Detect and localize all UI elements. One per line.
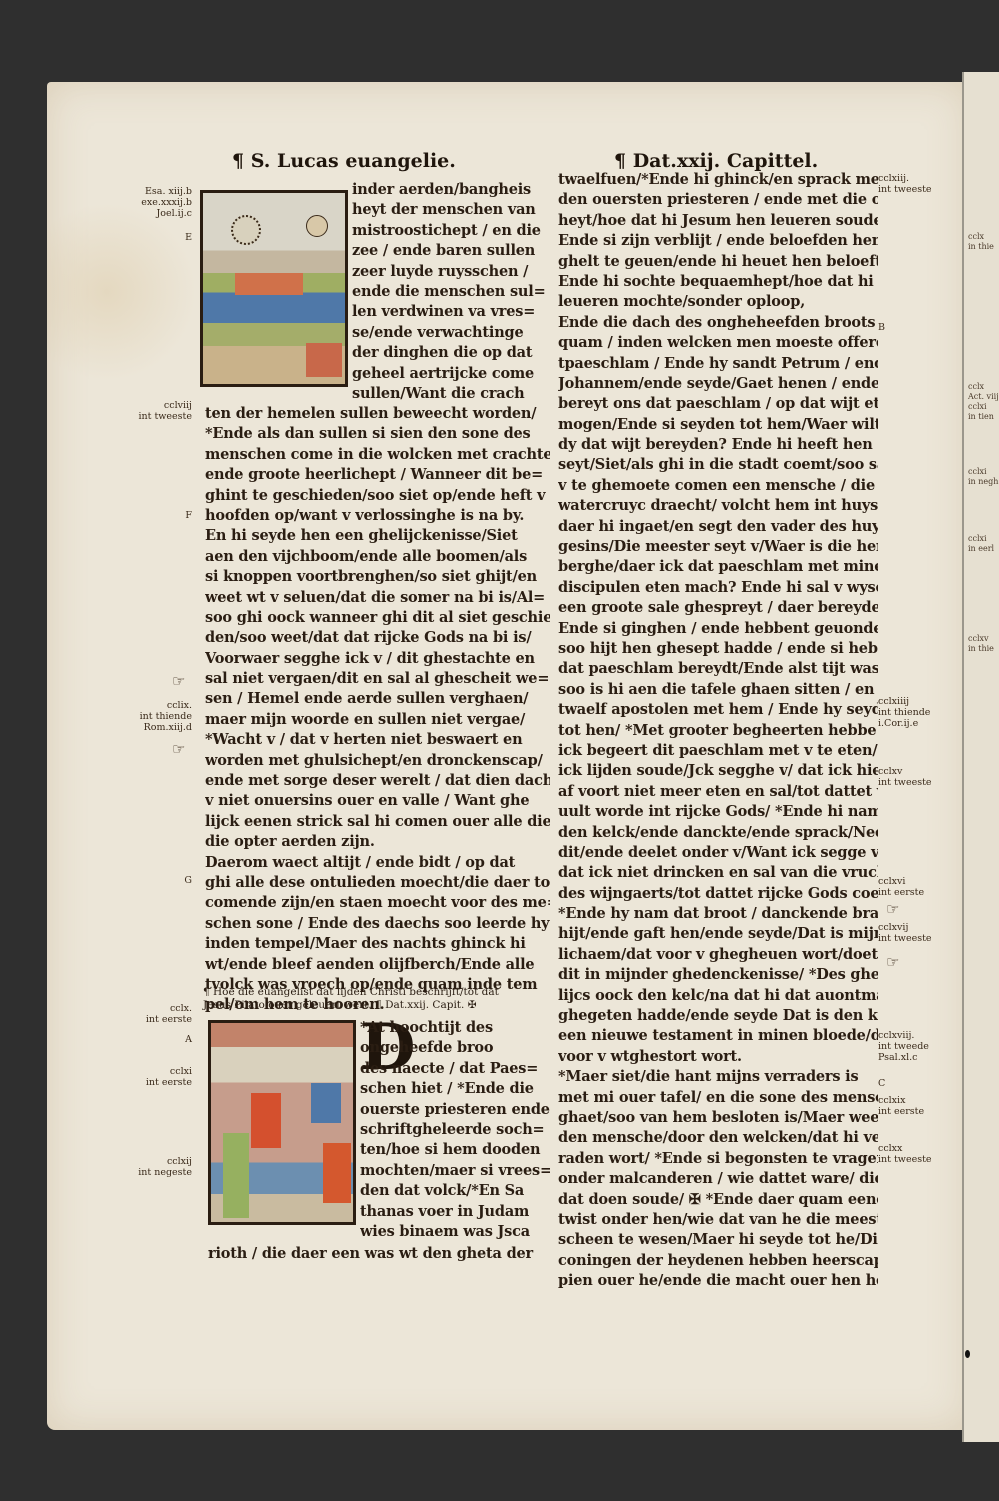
woodcut-illustration-high-priests	[208, 1020, 356, 1225]
facing-gloss: cclx Act. viij cclxi in tien	[968, 382, 999, 422]
margin-note: cclix. int thiende Rom.xiij.d	[140, 700, 192, 733]
text-line: weet wt v seluen/dat die somer na bi is/…	[205, 588, 550, 608]
margin-note: cclviij int tweeste	[138, 400, 192, 422]
text-line: Voorwaer segghe ick v / dit ghestachte e…	[205, 649, 550, 669]
text-line: *Wacht v / dat v herten niet beswaert en	[205, 730, 550, 750]
text-line: die opter aerden zijn.	[205, 832, 550, 852]
text-line: ick begeert dit paeschlam met v te eten/…	[558, 741, 878, 761]
text-line: ghelt te geuen/ende hi heuet hen beloeft…	[558, 252, 878, 272]
text-line: zee / ende baren sullen	[352, 241, 547, 261]
text-line: twist onder hen/wie dat van he die meest…	[558, 1210, 878, 1230]
text-line: ende groote heerlichept / Wanneer dit be…	[205, 465, 550, 485]
text-line: ouerste priesteren ende	[360, 1100, 550, 1120]
text-line: En hi seyde hen een ghelijckenisse/Siet	[205, 526, 550, 546]
margin-note: cclxviij. int tweede Psal.xl.c	[878, 1030, 929, 1063]
text-line: een nieuwe testament in minen bloede/dat	[558, 1026, 878, 1046]
text-line: geheel aertrijcke come	[352, 364, 547, 384]
text-line: schen hiet / *Ende die	[360, 1079, 550, 1099]
text-line: schriftgheleerde soch=	[360, 1120, 550, 1140]
text-line: twaelf apostolen met hem / Ende hy seyde	[558, 700, 878, 720]
text-line: lijcs oock den kelc/na dat hi dat auontm…	[558, 986, 878, 1006]
margin-note: cclxix int eerste	[878, 1095, 924, 1117]
text-line: Ende die dach des ongheheefden broots	[558, 313, 878, 333]
text-line: bereyt ons dat paeschlam / op dat wijt e…	[558, 394, 878, 414]
text-line: mistroostichept / en die	[352, 221, 547, 241]
moon-icon	[306, 215, 328, 237]
running-head-right: ¶ Dat.xxij. Capittel.	[614, 150, 818, 172]
manicule-icon: ☞	[886, 900, 899, 918]
text-line: v niet onuersins ouer en valle / Want gh…	[205, 791, 550, 811]
text-line: discipulen eten mach? Ende hi sal v wyse…	[558, 578, 878, 598]
chapter-note-line: ¶ Hoe die euangelist dat lijden Christi …	[203, 986, 499, 999]
text-line: ende die menschen sul=	[352, 282, 547, 302]
text-line: heyt/hoe dat hi Jesum hen leueren soude/	[558, 211, 878, 231]
margin-note: C	[878, 1078, 885, 1089]
text-line: twaelfuen/*Ende hi ghinck/en sprack met	[558, 170, 878, 190]
text-line: ongeheefde broo	[360, 1038, 550, 1058]
margin-note: B	[878, 322, 885, 333]
margin-note: cclxij int negeste	[138, 1156, 192, 1178]
figure-green	[223, 1133, 249, 1218]
text-line: ten der hemelen sullen beweecht worden/	[205, 404, 550, 424]
text-line: des wijngaerts/tot dattet rijcke Gods co…	[558, 884, 878, 904]
left-column-text: ten der hemelen sullen beweecht worden/*…	[205, 404, 550, 1016]
margin-note: cclxv int tweeste	[878, 766, 932, 788]
text-line: rioth / die daer een was wt den gheta de…	[208, 1244, 553, 1264]
text-line: tpaeschlam / Ende hy sandt Petrum / ende	[558, 354, 878, 374]
facing-gloss: cclxi in negh	[968, 467, 998, 487]
text-line: af voort niet meer eten en sal/tot datte…	[558, 782, 878, 802]
chapter-note-line: Jesus Pilato ouer geleuert wert. ¶ Dat.x…	[203, 999, 499, 1012]
text-line: onder malcanderen / wie dattet ware/ die	[558, 1169, 878, 1189]
text-line: *Ende als dan sullen si sien den sone de…	[205, 424, 550, 444]
text-line: ick lijden soude/Jck segghe v/ dat ick h…	[558, 761, 878, 781]
text-line: den dat volck/*En Sa	[360, 1181, 550, 1201]
text-line: mogen/Ende si seyden tot hem/Waer wilt	[558, 415, 878, 435]
text-line: hoofden op/want v verlossinghe is na by.	[205, 506, 550, 526]
margin-note: E	[185, 232, 192, 243]
text-line: inder aerden/bangheis	[352, 180, 547, 200]
text-line: aen den vijchboom/ende alle boomen/als	[205, 547, 550, 567]
text-line: comende zijn/en staen moecht voor des me…	[205, 893, 550, 913]
text-line: soo ghi oock wanneer ghi dit al siet ges…	[205, 608, 550, 628]
text-line: dat ick niet drincken en sal van die vru…	[558, 863, 878, 883]
text-line: ende met sorge deser werelt / dat dien d…	[205, 771, 550, 791]
text-line: scheen te wesen/Maer hi seyde tot he/Die	[558, 1230, 878, 1250]
text-line: sen / Hemel ende aerde sullen verghaen/	[205, 689, 550, 709]
text-line: quam / inden welcken men moeste offeren	[558, 333, 878, 353]
text-line: sal niet vergaen/dit en sal al ghescheit…	[205, 669, 550, 689]
text-line: des naecte / dat Paes=	[360, 1059, 550, 1079]
text-line: hijt/ende gaft hen/ende seyde/Dat is mij…	[558, 924, 878, 944]
facing-gloss: cclxi in eerl	[968, 534, 994, 554]
figure-blue	[311, 1083, 341, 1123]
text-line: een groote sale ghespreyt / daer bereyde…	[558, 598, 878, 618]
town-figure	[306, 343, 342, 377]
text-line: berghe/daer ick dat paeschlam met minen	[558, 557, 878, 577]
text-line: coningen der heydenen hebben heerscap=	[558, 1251, 878, 1271]
margin-note: G	[184, 875, 192, 886]
text-line: wt/ende bleef aenden olijfberch/Ende all…	[205, 955, 550, 975]
text-line: *At hoochtijt des	[360, 1018, 550, 1038]
text-line: tot hen/ *Met grooter begheerten hebbe	[558, 721, 878, 741]
margin-note: cclxx int tweeste	[878, 1143, 932, 1165]
text-line: dy dat wijt bereyden? Ende hi heeft hen …	[558, 435, 878, 455]
left-column-text-beside-woodcut: inder aerden/bangheisheyt der menschen v…	[352, 180, 547, 404]
text-line: voor v wtghestort wort.	[558, 1047, 878, 1067]
margin-note: cclxi int eerste	[146, 1066, 192, 1088]
margin-note: A	[185, 1034, 192, 1045]
margin-note: cclxvij int tweeste	[878, 922, 932, 944]
text-line: gesins/Die meester seyt v/Waer is die he…	[558, 537, 878, 557]
text-line: dit/ende deelet onder v/Want ick segge v…	[558, 843, 878, 863]
margin-note: Esa. xiij.b exe.xxxij.b Joel.ij.c	[141, 186, 192, 219]
text-line: se/ende verwachtinge	[352, 323, 547, 343]
text-line: lichaem/dat voor v ghegheuen wort/doet	[558, 945, 878, 965]
chapter-summary-note: ¶ Hoe die euangelist dat lijden Christi …	[203, 986, 499, 1012]
text-line: ghi alle dese ontulieden moecht/die daer…	[205, 873, 550, 893]
text-line: den/soo weet/dat dat rijcke Gods na bi i…	[205, 628, 550, 648]
manicule-icon: ☞	[172, 672, 185, 690]
text-line: wies binaem was Jsca	[360, 1222, 550, 1242]
text-line: maer mijn woorde en sullen niet vergae/	[205, 710, 550, 730]
text-line: watercruyc draecht/ volcht hem int huys	[558, 496, 878, 516]
ink-spot	[965, 1350, 970, 1358]
margin-note: cclxiij. int tweeste	[878, 173, 932, 195]
text-line: dit in mijnder ghedenckenisse/ *Des ghe=	[558, 965, 878, 985]
text-line: lijck eenen strick sal hi comen ouer all…	[205, 812, 550, 832]
figure-red	[323, 1143, 351, 1203]
text-line: Daerom waect altijt / ende bidt / op dat	[205, 853, 550, 873]
text-line: dat paeschlam bereydt/Ende alst tijt was…	[558, 659, 878, 679]
text-line: seyt/Siet/als ghi in die stadt coemt/soo…	[558, 455, 878, 475]
text-line: schen sone / Ende des daechs soo leerde …	[205, 914, 550, 934]
town-figure	[235, 273, 303, 295]
figure-red	[251, 1093, 281, 1148]
text-line: sullen/Want die crach	[352, 384, 547, 404]
margin-note: F	[185, 510, 192, 521]
running-head-left: ¶ S. Lucas euangelie.	[232, 150, 456, 172]
text-line: der dinghen die op dat	[352, 343, 547, 363]
text-line: mochten/maer si vrees=	[360, 1161, 550, 1181]
text-line: ghaet/soo van hem besloten is/Maer wee	[558, 1108, 878, 1128]
text-line: Ende si zijn verblijt / ende beloefden h…	[558, 231, 878, 251]
text-line: *Maer siet/die hant mijns verraders is	[558, 1067, 878, 1087]
right-column-text: twaelfuen/*Ende hi ghinck/en sprack metd…	[558, 170, 878, 1291]
text-line: uult worde int rijcke Gods/ *Ende hi nam	[558, 802, 878, 822]
text-line: len verdwinen va vres=	[352, 302, 547, 322]
text-line: heyt der menschen van	[352, 200, 547, 220]
sun-icon	[231, 215, 261, 245]
facing-gloss: cclx in thie	[968, 232, 994, 252]
text-line: inden tempel/Maer des nachts ghinck hi	[205, 934, 550, 954]
woodcut-illustration-signs-heaven	[200, 190, 348, 387]
margin-note: cclxiiij int thiende i.Cor.ij.e	[878, 696, 930, 729]
text-line: ten/hoe si hem dooden	[360, 1140, 550, 1160]
text-line: Ende si ginghen / ende hebbent geuonden	[558, 619, 878, 639]
text-line: si knoppen voortbrenghen/so siet ghijt/e…	[205, 567, 550, 587]
facing-page-edge: cclx in thie cclx Act. viij cclxi in tie…	[962, 72, 999, 1442]
text-line: v te ghemoete comen een mensche / die ee…	[558, 476, 878, 496]
text-line: dat doen soude/ ✠ *Ende daer quam eene	[558, 1190, 878, 1210]
text-line: raden wort/ *Ende si begonsten te vragen	[558, 1149, 878, 1169]
text-line: Johannem/ende seyde/Gaet henen / ende	[558, 374, 878, 394]
text-line: soo hijt hen ghesept hadde / ende si heb…	[558, 639, 878, 659]
text-line: soo is hi aen die tafele ghaen sitten / …	[558, 680, 878, 700]
text-line: den kelck/ende danckte/ende sprack/Neemt	[558, 823, 878, 843]
manicule-icon: ☞	[172, 740, 185, 758]
text-line: thanas voer in Judam	[360, 1202, 550, 1222]
text-line: ghint te geschieden/soo siet op/ende hef…	[205, 486, 550, 506]
text-line: den mensche/door den welcken/dat hi ver=	[558, 1128, 878, 1148]
text-line: leueren mochte/sonder oploop,	[558, 292, 878, 312]
manicule-icon: ☞	[886, 953, 899, 971]
text-line: pien ouer he/ende die macht ouer hen heb…	[558, 1271, 878, 1291]
facing-gloss: cclxv in thie	[968, 634, 994, 654]
text-line: zeer luyde ruysschen /	[352, 262, 547, 282]
text-line: worden met ghulsichept/en dronckenscap/	[205, 751, 550, 771]
text-line: Ende hi sochte bequaemhept/hoe dat hi he	[558, 272, 878, 292]
text-line: den ouersten priesteren / ende met die o…	[558, 190, 878, 210]
text-line: daer hi ingaet/en segt den vader des huy…	[558, 517, 878, 537]
margin-note: cclxvi int eerste	[878, 876, 924, 898]
text-line: *Ende hy nam dat broot / danckende brack	[558, 904, 878, 924]
text-line: ghegeten hadde/ende seyde Dat is den kel…	[558, 1006, 878, 1026]
paper-stain	[47, 202, 197, 382]
text-line: menschen come in die wolcken met crachte	[205, 445, 550, 465]
text-line: met mi ouer tafel/ en die sone des mensc…	[558, 1088, 878, 1108]
left-column-text-beside-initial: *At hoochtijt desongeheefde broodes naec…	[360, 1018, 550, 1242]
margin-note: cclx. int eerste	[146, 1003, 192, 1025]
